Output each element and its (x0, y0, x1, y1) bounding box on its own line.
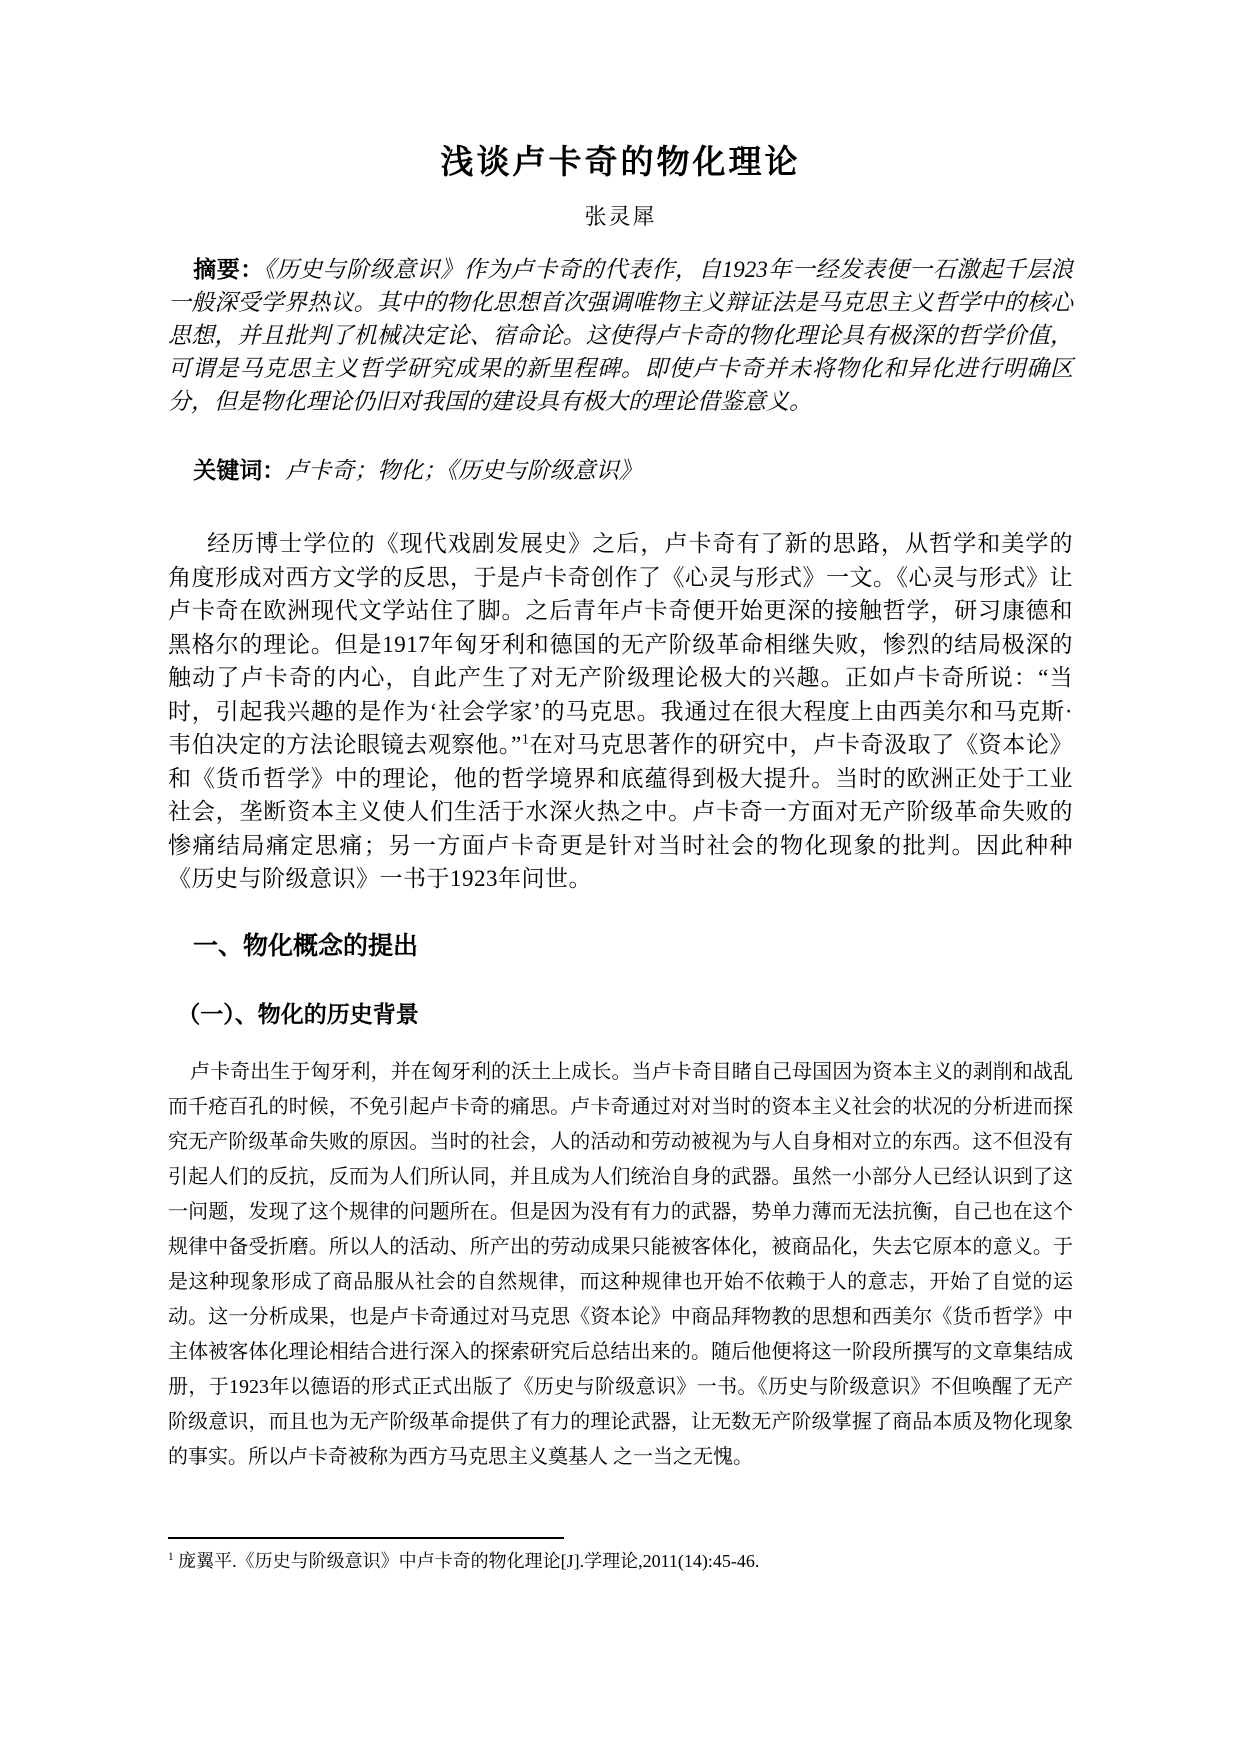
body-paragraph: 卢卡奇出生于匈牙利，并在匈牙利的沃土上成长。当卢卡奇目睹自己母国因为资本主义的剥… (168, 1055, 1073, 1475)
intro-paragraph: 经历博士学位的《现代戏剧发展史》之后，卢卡奇有了新的思路，从哲学和美学的角度形成… (168, 527, 1073, 896)
document-page: 浅谈卢卡奇的物化理论 张灵犀 摘要：《历史与阶级意识》作为卢卡奇的代表作，自19… (0, 0, 1241, 1754)
footnote-text: 庞翼平.《历史与阶级意识》中卢卡奇的物化理论[J].学理论,2011(14):4… (178, 1551, 759, 1571)
abstract-label: 摘要： (193, 256, 263, 282)
footnote-separator (168, 1537, 564, 1539)
keywords-line: 关键词：卢卡奇；物化；《历史与阶级意识》 (168, 454, 1073, 487)
keywords-text: 卢卡奇；物化；《历史与阶级意识》 (285, 458, 642, 483)
footnote-marker: 1 (168, 1551, 174, 1563)
keywords-label: 关键词： (193, 457, 285, 483)
intro-text-part1: 经历博士学位的《现代戏剧发展史》之后，卢卡奇有了新的思路，从哲学和美学的角度形成… (168, 531, 1073, 757)
author-name: 张灵犀 (168, 200, 1073, 231)
section-heading: 一、物化概念的提出 (168, 926, 1073, 962)
abstract-paragraph: 摘要：《历史与阶级意识》作为卢卡奇的代表作，自1923年一经发表便一石激起千层浪… (168, 253, 1073, 418)
footnote-area: 1 庞翼平.《历史与阶级意识》中卢卡奇的物化理论[J].学理论,2011(14)… (168, 1537, 1073, 1574)
abstract-text: 《历史与阶级意识》作为卢卡奇的代表作，自1923年一经发表便一石激起千层浪一般深… (168, 257, 1073, 414)
document-title: 浅谈卢卡奇的物化理论 (168, 136, 1073, 183)
footnote: 1 庞翼平.《历史与阶级意识》中卢卡奇的物化理论[J].学理论,2011(14)… (168, 1548, 1073, 1574)
subsection-heading: （一）、物化的历史背景 (168, 996, 1073, 1029)
